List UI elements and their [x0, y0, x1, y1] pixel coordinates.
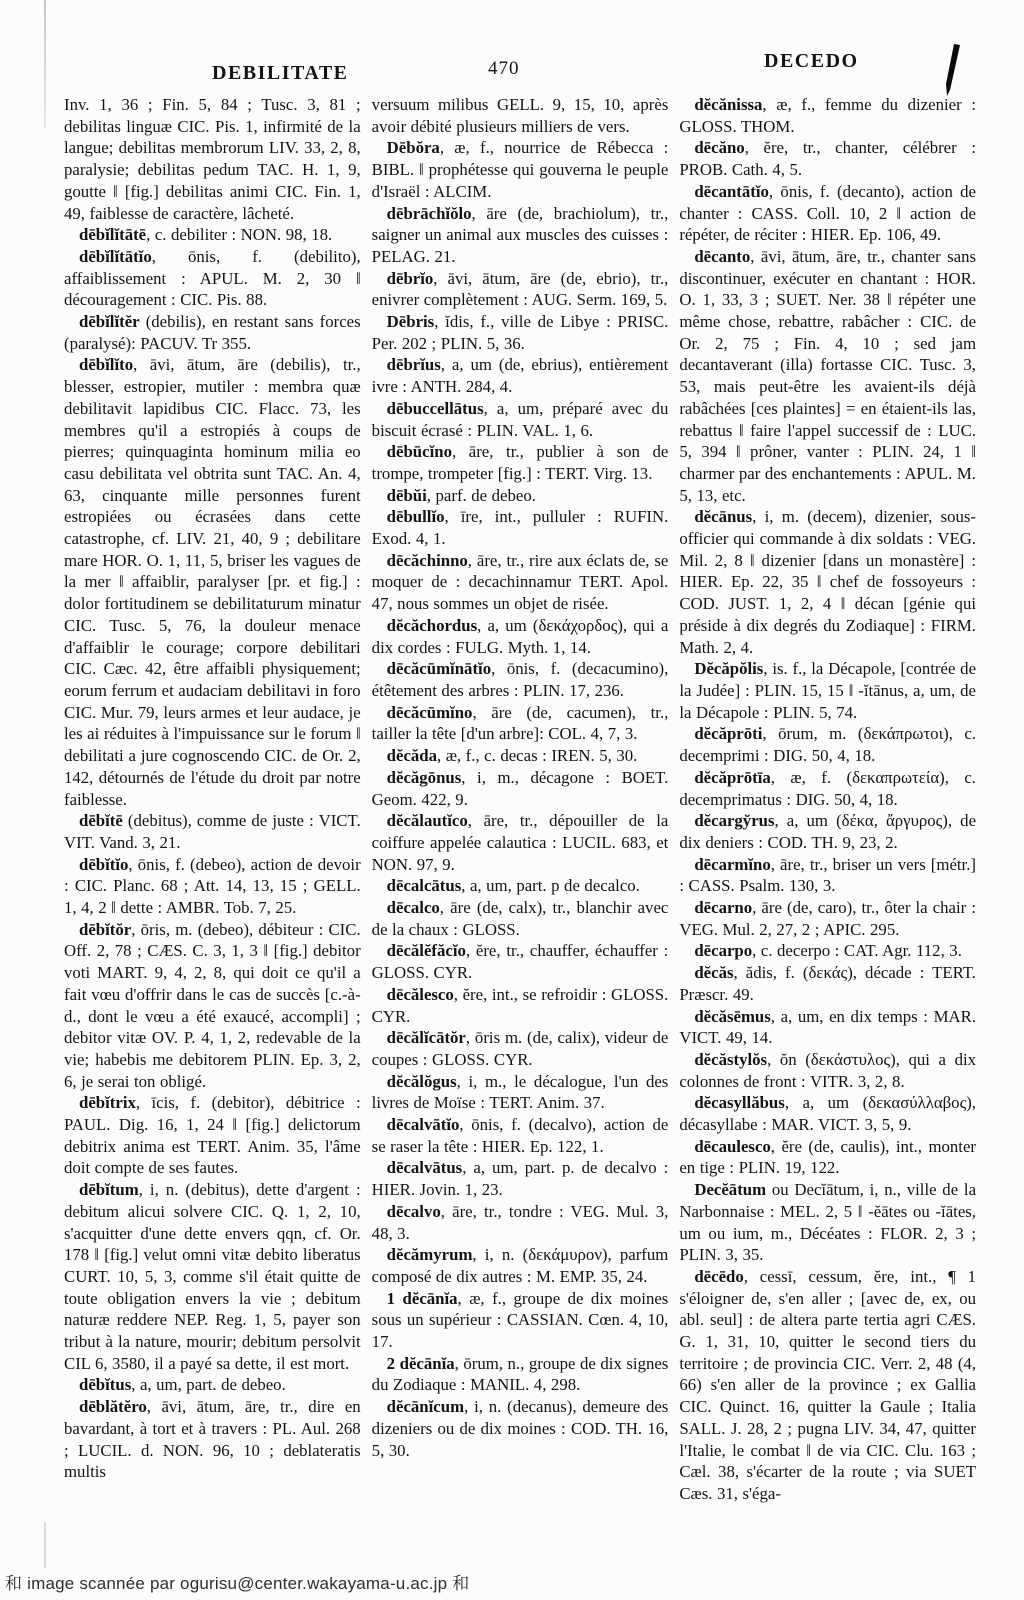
- dictionary-entry: dēcanto, āvi, ātum, āre, tr., chanter sa…: [679, 246, 976, 506]
- headword: dēcăcūmĭnātĭo: [387, 659, 491, 678]
- dictionary-entry: dēbĭtrix, īcis, f. (debitor), débitrice …: [64, 1092, 361, 1179]
- headword: dĕcămyrum: [387, 1245, 473, 1264]
- dictionary-entry: dēcantātĭo, ōnis, f. (decanto), action d…: [679, 181, 976, 246]
- dictionary-entry: dēcēdo, cessī, cessum, ĕre, int., ¶ 1 s'…: [679, 1266, 976, 1505]
- headword: Decĕātum: [694, 1180, 766, 1199]
- headword: dēcalvātĭo: [387, 1115, 460, 1134]
- dictionary-entry: Dĕcăpŏlis, is. f., la Décapole, [contrée…: [679, 658, 976, 723]
- headword: dēcăcūmĭno: [387, 703, 473, 722]
- scan-edge-artifact-bottom: [44, 1522, 46, 1568]
- headword: Dēbris: [387, 312, 435, 331]
- headword: dēcarno: [694, 898, 752, 917]
- dictionary-entry: dēbuccellātus, a, um, préparé avec du bi…: [372, 398, 669, 441]
- headword: dēbĭlĭtātĭo: [79, 247, 152, 266]
- headword: dēcălĕfăcĭo: [387, 941, 466, 960]
- dictionary-entry: Dēbris, ĭdis, f., ville de Libye : PRISC…: [372, 311, 669, 354]
- headword: 1 dĕcānĭa: [387, 1289, 458, 1308]
- headword: dēcantātĭo: [694, 182, 769, 201]
- headword: dēblătĕro: [79, 1397, 147, 1416]
- dictionary-entry: dēcălĕfăcĭo, ĕre, tr., chauffer, échauff…: [372, 940, 669, 983]
- headword: dĕcăchordus: [387, 616, 477, 635]
- dictionary-entry: Decĕātum ou Decĭātum, i, n., ville de la…: [679, 1179, 976, 1266]
- dictionary-entry: dĕcargy̆rus, a, um (δέκα, ἄργυρος), de d…: [679, 810, 976, 853]
- dictionary-entry: dĕcăprōti, ōrum, m. (δεκάπρωτοι), c. dec…: [679, 723, 976, 766]
- dictionary-entry: dēbĭtē (debitus), comme de juste : VICT.…: [64, 810, 361, 853]
- dictionary-entry: dēcaulesco, ĕre (de, caulis), int., mont…: [679, 1136, 976, 1179]
- headword: dēcălĭcātŏr: [387, 1028, 466, 1047]
- headword: dēcalvo: [387, 1202, 441, 1221]
- headword: dēbĭtus: [79, 1375, 131, 1394]
- headword: dĕcăprōtīa: [694, 768, 770, 787]
- dictionary-entry: dēcarno, āre (de, caro), tr., ôter la ch…: [679, 897, 976, 940]
- dictionary-entry: dĕcānĭcum, i, n. (decanus), demeure des …: [372, 1396, 669, 1461]
- headword: dĕcānus: [694, 507, 752, 526]
- headword: dēcalcātus: [387, 876, 462, 895]
- dictionary-entry: dēcăchinno, āre, tr., rire aux éclats de…: [372, 550, 669, 615]
- dictionary-entry: dēcarpo, c. decerpo : CAT. Agr. 112, 3.: [679, 940, 976, 962]
- headword: dēbĭtrix: [79, 1093, 136, 1112]
- dictionary-entry: dēbrĭo, āvi, ātum, āre (de, ebrio), tr.,…: [372, 268, 669, 311]
- dictionary-entry: dĕcăs, ădis, f. (δεκάς), décade : TERT. …: [679, 962, 976, 1005]
- dictionary-entry: dēcăcūmĭnātĭo, ōnis, f. (decacumino), ét…: [372, 658, 669, 701]
- dictionary-entry: dēbĭtŏr, ōris, m. (debeo), débiteur : CI…: [64, 919, 361, 1093]
- scanned-dictionary-page: { "page": { "header": { "left_word": "DE…: [0, 0, 1024, 1600]
- dictionary-entry: dēcalcātus, a, um, part. p de decalco.: [372, 875, 669, 897]
- dictionary-entry: dēblătĕro, āvi, ātum, āre, tr., dire en …: [64, 1396, 361, 1483]
- headword: dĕcăda: [387, 746, 437, 765]
- headword: dĕcăs: [694, 963, 733, 982]
- scan-edge-artifact-top: [44, 0, 46, 128]
- column-1: Inv. 1, 36 ; Fin. 5, 84 ; Tusc. 3, 81 ; …: [64, 94, 361, 1534]
- dictionary-entry: dēcalco, āre (de, calx), tr., blanchir a…: [372, 897, 669, 940]
- headword: dĕcăprōti: [694, 724, 762, 743]
- dictionary-entry: dēbullĭo, īre, int., pulluler : RUFIN. E…: [372, 506, 669, 549]
- headword: dēbŭi: [387, 486, 427, 505]
- entry-continuation: versuum milibus GELL. 9, 15, 10, après a…: [372, 94, 669, 137]
- headword: dēcalco: [387, 898, 440, 917]
- headword: 2 dĕcānĭa: [387, 1354, 455, 1373]
- ink-mark-artifact: [940, 44, 962, 96]
- headword: dĕcăgōnus: [387, 768, 462, 787]
- dictionary-entry: dēbĭtum, i, n. (debitus), dette d'argent…: [64, 1179, 361, 1374]
- page-number: 470: [488, 58, 520, 80]
- headword: dēcăno: [694, 138, 744, 157]
- dictionary-entry: dēbĭtĭo, ōnis, f. (debeo), action de dev…: [64, 854, 361, 919]
- dictionary-entry: 2 dĕcānĭa, ōrum, n., groupe de dix signe…: [372, 1353, 669, 1396]
- headword: dēbrĭo: [387, 269, 434, 288]
- dictionary-entry: dĕcasyllăbus, a, um (δεκασύλλαβος), déca…: [679, 1092, 976, 1135]
- dictionary-entry: dēbrĭus, a, um (de, ebrius), entièrement…: [372, 354, 669, 397]
- dictionary-entry: dēbĭlĭtĕr (debilis), en restant sans for…: [64, 311, 361, 354]
- running-title-right: DECEDO: [764, 50, 859, 73]
- dictionary-entry: dĕcănissa, æ, f., femme du dizenier : GL…: [679, 94, 976, 137]
- dictionary-entry: dĕcăchordus, a, um (δεκάχορδος), qui a d…: [372, 615, 669, 658]
- entry-continuation: Inv. 1, 36 ; Fin. 5, 84 ; Tusc. 3, 81 ; …: [64, 94, 361, 224]
- dictionary-entry: dēcălesco, ĕre, int., se refroidir : GLO…: [372, 984, 669, 1027]
- dictionary-entry: dēcalvo, āre, tr., tondre : VEG. Mul. 3,…: [372, 1201, 669, 1244]
- column-2: versuum milibus GELL. 9, 15, 10, après a…: [372, 94, 669, 1534]
- headword: dēbullĭo: [387, 507, 445, 526]
- dictionary-entry: dēbĭlĭtātĭo, ōnis, f. (debilito), affaib…: [64, 246, 361, 311]
- headword: dĕcargy̆rus: [694, 811, 774, 830]
- headword: dĕcăsēmus: [694, 1007, 770, 1026]
- headword: dēbūcĭno: [387, 442, 452, 461]
- dictionary-entry: dĕcăstylŏs, ŏn (δεκάστυλος), qui a dix c…: [679, 1049, 976, 1092]
- headword: dēcaulesco: [694, 1137, 770, 1156]
- dictionary-entry: dĕcăprōtīa, æ, f. (δεκαπρωτεία), c. dece…: [679, 767, 976, 810]
- headword: dĕcălŏgus: [387, 1072, 457, 1091]
- dictionary-entry: dēbĭtus, a, um, part. de debeo.: [64, 1374, 361, 1396]
- page-header: DEBILITATE 470 DECEDO: [64, 50, 976, 84]
- dictionary-entry: Dēbŏra, æ, f., nourrice de Rébecca : BIB…: [372, 137, 669, 202]
- dictionary-entry: dēcălĭcātŏr, ōris m. (de, calix), videur…: [372, 1027, 669, 1070]
- headword: dēbuccellātus: [387, 399, 484, 418]
- dictionary-entry: 1 dĕcānĭa, æ, f., groupe de dix moines s…: [372, 1288, 669, 1353]
- headword: dēcarpo: [694, 941, 752, 960]
- headword: dēcălesco: [387, 985, 454, 1004]
- headword: dēbrĭus: [387, 355, 441, 374]
- headword: dēcēdo: [694, 1267, 743, 1286]
- dictionary-entry: dĕcălŏgus, i, m., le décalogue, l'un des…: [372, 1071, 669, 1114]
- dictionary-entry: dēbūcĭno, āre, tr., publier à son de tro…: [372, 441, 669, 484]
- headword: dēbĭlĭtĕr: [79, 312, 140, 331]
- headword: dēcarmĭno: [694, 855, 770, 874]
- headword: dĕcănissa: [694, 95, 762, 114]
- dictionary-entry: dēcarmĭno, āre, tr., briser un vers [mét…: [679, 854, 976, 897]
- dictionary-entry: dĕcălautĭco, āre, tr., dépouiller de la …: [372, 810, 669, 875]
- dictionary-entry: dēbĭlĭto, āvi, ātum, āre (debilis), tr.,…: [64, 354, 361, 810]
- dictionary-entry: dĕcămyrum, i, n. (δεκάμυρον), parfum com…: [372, 1244, 669, 1287]
- dictionary-columns: Inv. 1, 36 ; Fin. 5, 84 ; Tusc. 3, 81 ; …: [64, 94, 976, 1534]
- headword: dēcanto: [694, 247, 750, 266]
- dictionary-entry: dĕcăda, æ, f., c. decas : IREN. 5, 30.: [372, 745, 669, 767]
- dictionary-entry: dēbĭlĭtātē, c. debiliter : NON. 98, 18.: [64, 224, 361, 246]
- headword: dēbĭtĭo: [79, 855, 128, 874]
- dictionary-entry: dēcăcūmĭno, āre (de, cacumen), tr., tail…: [372, 702, 669, 745]
- dictionary-entry: dĕcăsēmus, a, um, en dix temps : MAR. VI…: [679, 1006, 976, 1049]
- headword: dēbĭlĭto: [79, 355, 133, 374]
- headword: dĕcānĭcum: [387, 1397, 464, 1416]
- headword: dĕcăstylŏs: [694, 1050, 767, 1069]
- column-3: dĕcănissa, æ, f., femme du dizenier : GL…: [679, 94, 976, 1534]
- dictionary-entry: dēbrāchĭŏlo, āre (de, brachiolum), tr., …: [372, 203, 669, 268]
- headword: dēbĭtē: [79, 811, 123, 830]
- dictionary-entry: dēcalvātĭo, ōnis, f. (decalvo), action d…: [372, 1114, 669, 1157]
- dictionary-entry: dēcalvātus, a, um, part. p. de decalvo :…: [372, 1157, 669, 1200]
- headword: dēcalvātus: [387, 1158, 463, 1177]
- headword: Dēbŏra: [387, 138, 440, 157]
- headword: dēbĭlĭtātē: [79, 225, 146, 244]
- dictionary-entry: dĕcānus, i, m. (decem), dizenier, sous-o…: [679, 506, 976, 658]
- headword: dēbrāchĭŏlo: [387, 204, 472, 223]
- headword: dēbĭtum: [79, 1180, 139, 1199]
- running-title-left: DEBILITATE: [212, 62, 349, 85]
- dictionary-entry: dēcăno, ĕre, tr., chanter, célébrer : PR…: [679, 137, 976, 180]
- dictionary-entry: dēbŭi, parf. de debeo.: [372, 485, 669, 507]
- headword: dēbĭtŏr: [79, 920, 131, 939]
- headword: Dĕcăpŏlis: [694, 659, 763, 678]
- headword: dĕcălautĭco: [387, 811, 468, 830]
- scan-credit: 和 image scannée par ogurisu@center.wakay…: [5, 1569, 469, 1594]
- headword: dēcăchinno: [387, 551, 468, 570]
- headword: dĕcasyllăbus: [694, 1093, 784, 1112]
- dictionary-entry: dĕcăgōnus, i, m., décagone : BOET. Geom.…: [372, 767, 669, 810]
